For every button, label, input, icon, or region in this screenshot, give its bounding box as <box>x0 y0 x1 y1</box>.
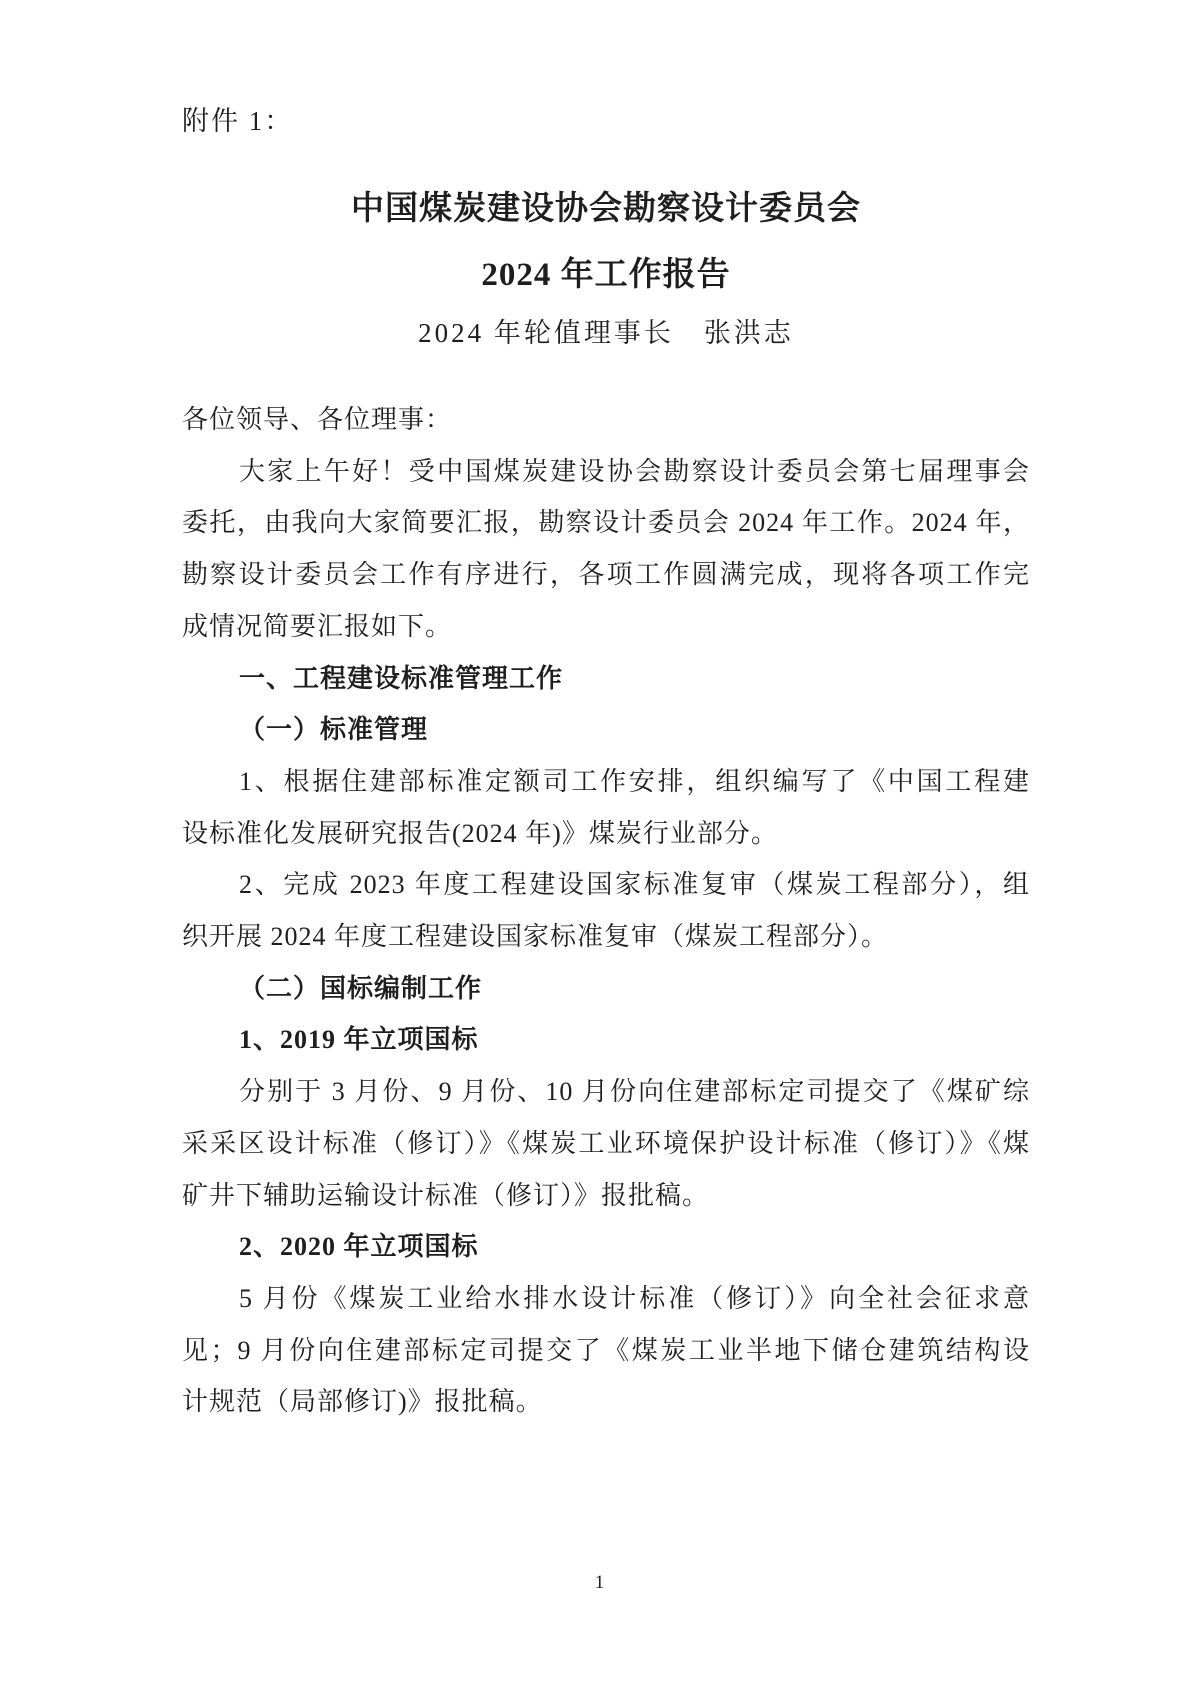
body-line: （一）标准管理 <box>182 704 1030 756</box>
document-page: 附件 1： 中国煤炭建设协会勘察设计委员会 2024 年工作报告 2024 年轮… <box>0 0 1199 1696</box>
body-line: 1、2019 年立项国标 <box>182 1014 1030 1066</box>
byline: 2024 年轮值理事长 张洪志 <box>182 312 1030 354</box>
document-subtitle: 2024 年工作报告 <box>182 252 1030 298</box>
body-line: 设标准化发展研究报告(2024 年)》煤炭行业部分。 <box>182 808 1030 860</box>
body-line: 一、工程建设标准管理工作 <box>182 653 1030 705</box>
body-line: 2、2020 年立项国标 <box>182 1221 1030 1273</box>
document-content: 附件 1： 中国煤炭建设协会勘察设计委员会 2024 年工作报告 2024 年轮… <box>182 0 1030 1428</box>
body-line: 大家上午好！受中国煤炭建设协会勘察设计委员会第七届理事会 <box>182 446 1030 498</box>
body-line: 织开展 2024 年度工程建设国家标准复审（煤炭工程部分）。 <box>182 911 1030 963</box>
body-line: 矿井下辅助运输设计标准（修订）》报批稿。 <box>182 1170 1030 1222</box>
body-line: 见；9 月份向住建部标定司提交了《煤炭工业半地下储仓建筑结构设 <box>182 1325 1030 1377</box>
body-line: 成情况简要汇报如下。 <box>182 601 1030 653</box>
document-title: 中国煤炭建设协会勘察设计委员会 <box>182 186 1030 232</box>
body-line: 5 月份《煤炭工业给水排水设计标准（修订）》向全社会征求意 <box>182 1273 1030 1325</box>
body-line: 计规范（局部修订)》报批稿。 <box>182 1376 1030 1428</box>
body-line: 分别于 3 月份、9 月份、10 月份向住建部标定司提交了《煤矿综 <box>182 1066 1030 1118</box>
body-line: 各位领导、各位理事： <box>182 394 1030 446</box>
body-line: 2、完成 2023 年度工程建设国家标准复审（煤炭工程部分），组 <box>182 859 1030 911</box>
body-line: （二）国标编制工作 <box>182 963 1030 1015</box>
body-line: 1、根据住建部标准定额司工作安排，组织编写了《中国工程建 <box>182 756 1030 808</box>
body-line: 勘察设计委员会工作有序进行，各项工作圆满完成，现将各项工作完 <box>182 549 1030 601</box>
page-number: 1 <box>0 1570 1199 1596</box>
document-body: 各位领导、各位理事：大家上午好！受中国煤炭建设协会勘察设计委员会第七届理事会委托… <box>182 394 1030 1428</box>
attachment-label: 附件 1： <box>182 100 1030 142</box>
body-line: 委托，由我向大家简要汇报，勘察设计委员会 2024 年工作。2024 年， <box>182 497 1030 549</box>
body-line: 采采区设计标准（修订）》《煤炭工业环境保护设计标准（修订）》《煤 <box>182 1118 1030 1170</box>
